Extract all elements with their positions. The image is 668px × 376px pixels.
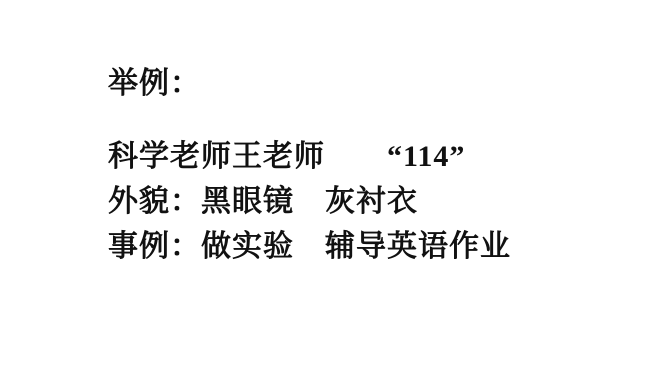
slide-canvas: 举例： 科学老师王老师 “114” 外貌：黑眼镜 灰衬衣 事例：做实验 辅导英语… (0, 0, 668, 376)
slide-line-examples: 事例：做实验 辅导英语作业 (108, 224, 511, 269)
slide-line-appearance: 外貌：黑眼镜 灰衬衣 (108, 179, 511, 224)
slide-heading: 举例： (108, 64, 511, 104)
slide-text-block: 举例： 科学老师王老师 “114” 外貌：黑眼镜 灰衬衣 事例：做实验 辅导英语… (108, 64, 511, 269)
slide-line-teacher: 科学老师王老师 “114” (108, 134, 511, 179)
